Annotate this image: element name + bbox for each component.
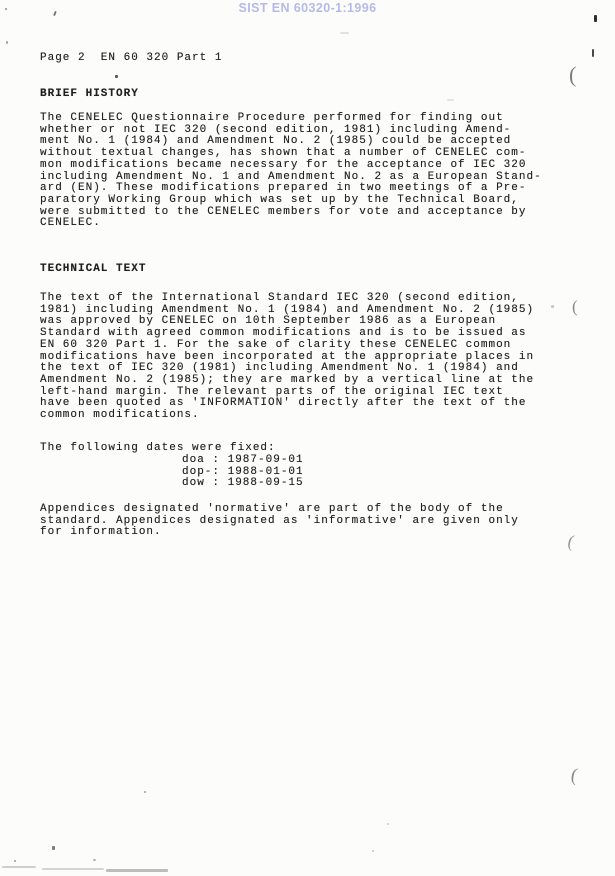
- scan-artifact-speck: [447, 99, 454, 101]
- scan-artifact-paren-mid-lower: (: [566, 531, 577, 553]
- scan-artifact-speck: [52, 846, 55, 850]
- scan-artifact-tick: [594, 15, 597, 22]
- scan-artifact-tick: [592, 49, 594, 57]
- scan-artifact-speck: [115, 75, 118, 78]
- scan-artifact-speck: [340, 32, 349, 34]
- section-heading-technical-text: TECHNICAL TEXT: [40, 264, 146, 276]
- scan-artifact-paren-top: (: [569, 62, 576, 88]
- section-heading-brief-history: BRIEF HISTORY: [40, 89, 139, 101]
- scan-artifact-speck: [6, 41, 8, 44]
- brief-history-paragraph: The CENELEC Questionnaire Procedure perf…: [40, 113, 542, 230]
- scan-artifact-paren-bottom: (: [569, 765, 579, 788]
- scan-artifact-smudge: [106, 869, 168, 872]
- dates-list: doa : 1987-09-01 dop-: 1988-01-01 dow : …: [182, 455, 304, 490]
- scan-artifact-paren-mid-upper: (: [572, 297, 578, 317]
- scan-artifact-speck: [93, 859, 96, 861]
- watermark-standard-number: SIST EN 60320-1:1996: [0, 1, 615, 15]
- scan-artifact-smudge: [2, 866, 36, 868]
- dates-intro-line: The following dates were fixed:: [40, 443, 276, 455]
- page-header: Page 2 EN 60 320 Part 1: [40, 53, 222, 65]
- scan-artifact-speck: [551, 305, 554, 308]
- scan-artifact-speck: [144, 791, 146, 793]
- scan-artifact-speck: [14, 860, 16, 862]
- scan-artifact-smudge: [42, 868, 104, 870]
- scanned-document-page: SIST EN 60320-1:1996 Page 2 EN 60 320 Pa…: [0, 0, 615, 876]
- technical-text-paragraph: The text of the International Standard I…: [40, 293, 534, 422]
- scan-artifact-speck: [372, 850, 374, 852]
- appendices-note: Appendices designated 'normative' are pa…: [40, 504, 519, 539]
- scan-artifact-speck: [387, 823, 389, 825]
